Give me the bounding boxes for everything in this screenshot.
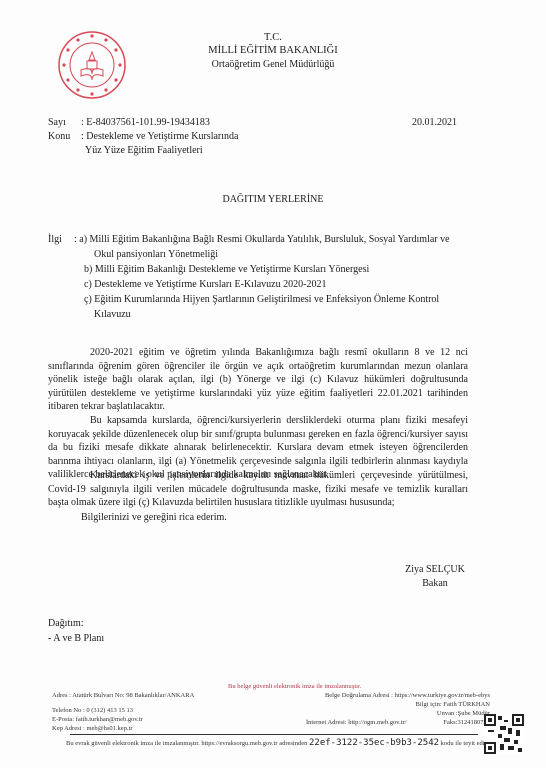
konu-line2: Yüz Yüze Eğitim Faaliyetleri (85, 144, 203, 157)
konu-label: Konu (48, 130, 70, 143)
ilgi-item: Okul pansiyonları Yönetmeliği (94, 248, 218, 261)
header-ministry: MİLLİ EĞİTİM BAKANLIĞI (0, 44, 546, 58)
ilgi-item: b) Milli Eğitim Bakanlığı Destekleme ve … (84, 263, 369, 276)
esign-notice: Bu belge güvenli elektronik imza ile imz… (228, 683, 361, 691)
header-department: Ortaöğretim Genel Müdürlüğü (0, 58, 546, 72)
signatory-name: Ziya SELÇUK (370, 563, 500, 576)
verify-prefix: Bu evrak güvenli elektronik imza ile imz… (66, 740, 307, 747)
paragraph-3: Kurslardaki iş ve işlemlerin ilgide kayı… (48, 469, 468, 510)
footer-divider (70, 734, 478, 735)
konu-line1: : Destekleme ve Yetiştirme Kurslarında (81, 130, 238, 143)
info-contact: Bilgi için: Fatih TÜRKHAN (416, 701, 490, 709)
info-title: Unvan :Şube Müdür (437, 710, 490, 718)
footer-phone: Telefon No : 0 (312) 413 15 13 (52, 707, 133, 715)
footer-kep: Kep Adresi : meb@hs01.kep.tr (52, 725, 133, 733)
verify-address[interactable]: Belge Doğrulama Adresi : https://www.tur… (325, 692, 490, 700)
paragraph-1: 2020-2021 eğitim ve öğretim yılında Baka… (48, 346, 468, 414)
sayi-label: Sayı (48, 116, 66, 129)
ilgi-item: ç) Eğitim Kurumlarında Hijyen Şartlarını… (84, 293, 439, 306)
footer-email: E-Posta: fatih.turkhan@meb.gov.tr (52, 716, 143, 724)
sayi-value: : E-84037561-101.99-19434183 (81, 116, 210, 129)
ilgi-label: İlgi (48, 233, 62, 246)
ilgi-item: Kılavuzu (94, 308, 131, 321)
header-country: T.C. (0, 31, 546, 45)
signatory-title: Bakan (370, 577, 500, 590)
recipient-heading: DAĞITIM YERLERİNE (0, 193, 546, 206)
distribution-label: Dağıtım: (48, 617, 84, 630)
fax-number: Faks:3124180739 (443, 719, 490, 727)
document-date: 20.01.2021 (412, 116, 457, 129)
verify-line: Bu evrak güvenli elektronik imza ile imz… (66, 739, 501, 748)
closing-line: Bilgilerinizi ve gereğini rica ederim. (81, 511, 227, 524)
ilgi-item: : a) Milli Eğitim Bakanlığına Bağlı Resm… (74, 233, 450, 246)
distribution-item: - A ve B Planı (48, 632, 104, 645)
web-address[interactable]: İnternet Adresi: http://ogm.meb.gov.tr/ (306, 719, 407, 727)
verify-code[interactable]: 22ef-3122-35ec-b9b3-2542 (309, 738, 439, 748)
qr-code-icon[interactable] (484, 714, 524, 754)
ilgi-item: c) Destekleme ve Yetiştirme Kursları E-K… (84, 278, 326, 291)
footer-address: Adres : Atatürk Bulvarı No: 98 Bakanlıkl… (52, 692, 194, 700)
